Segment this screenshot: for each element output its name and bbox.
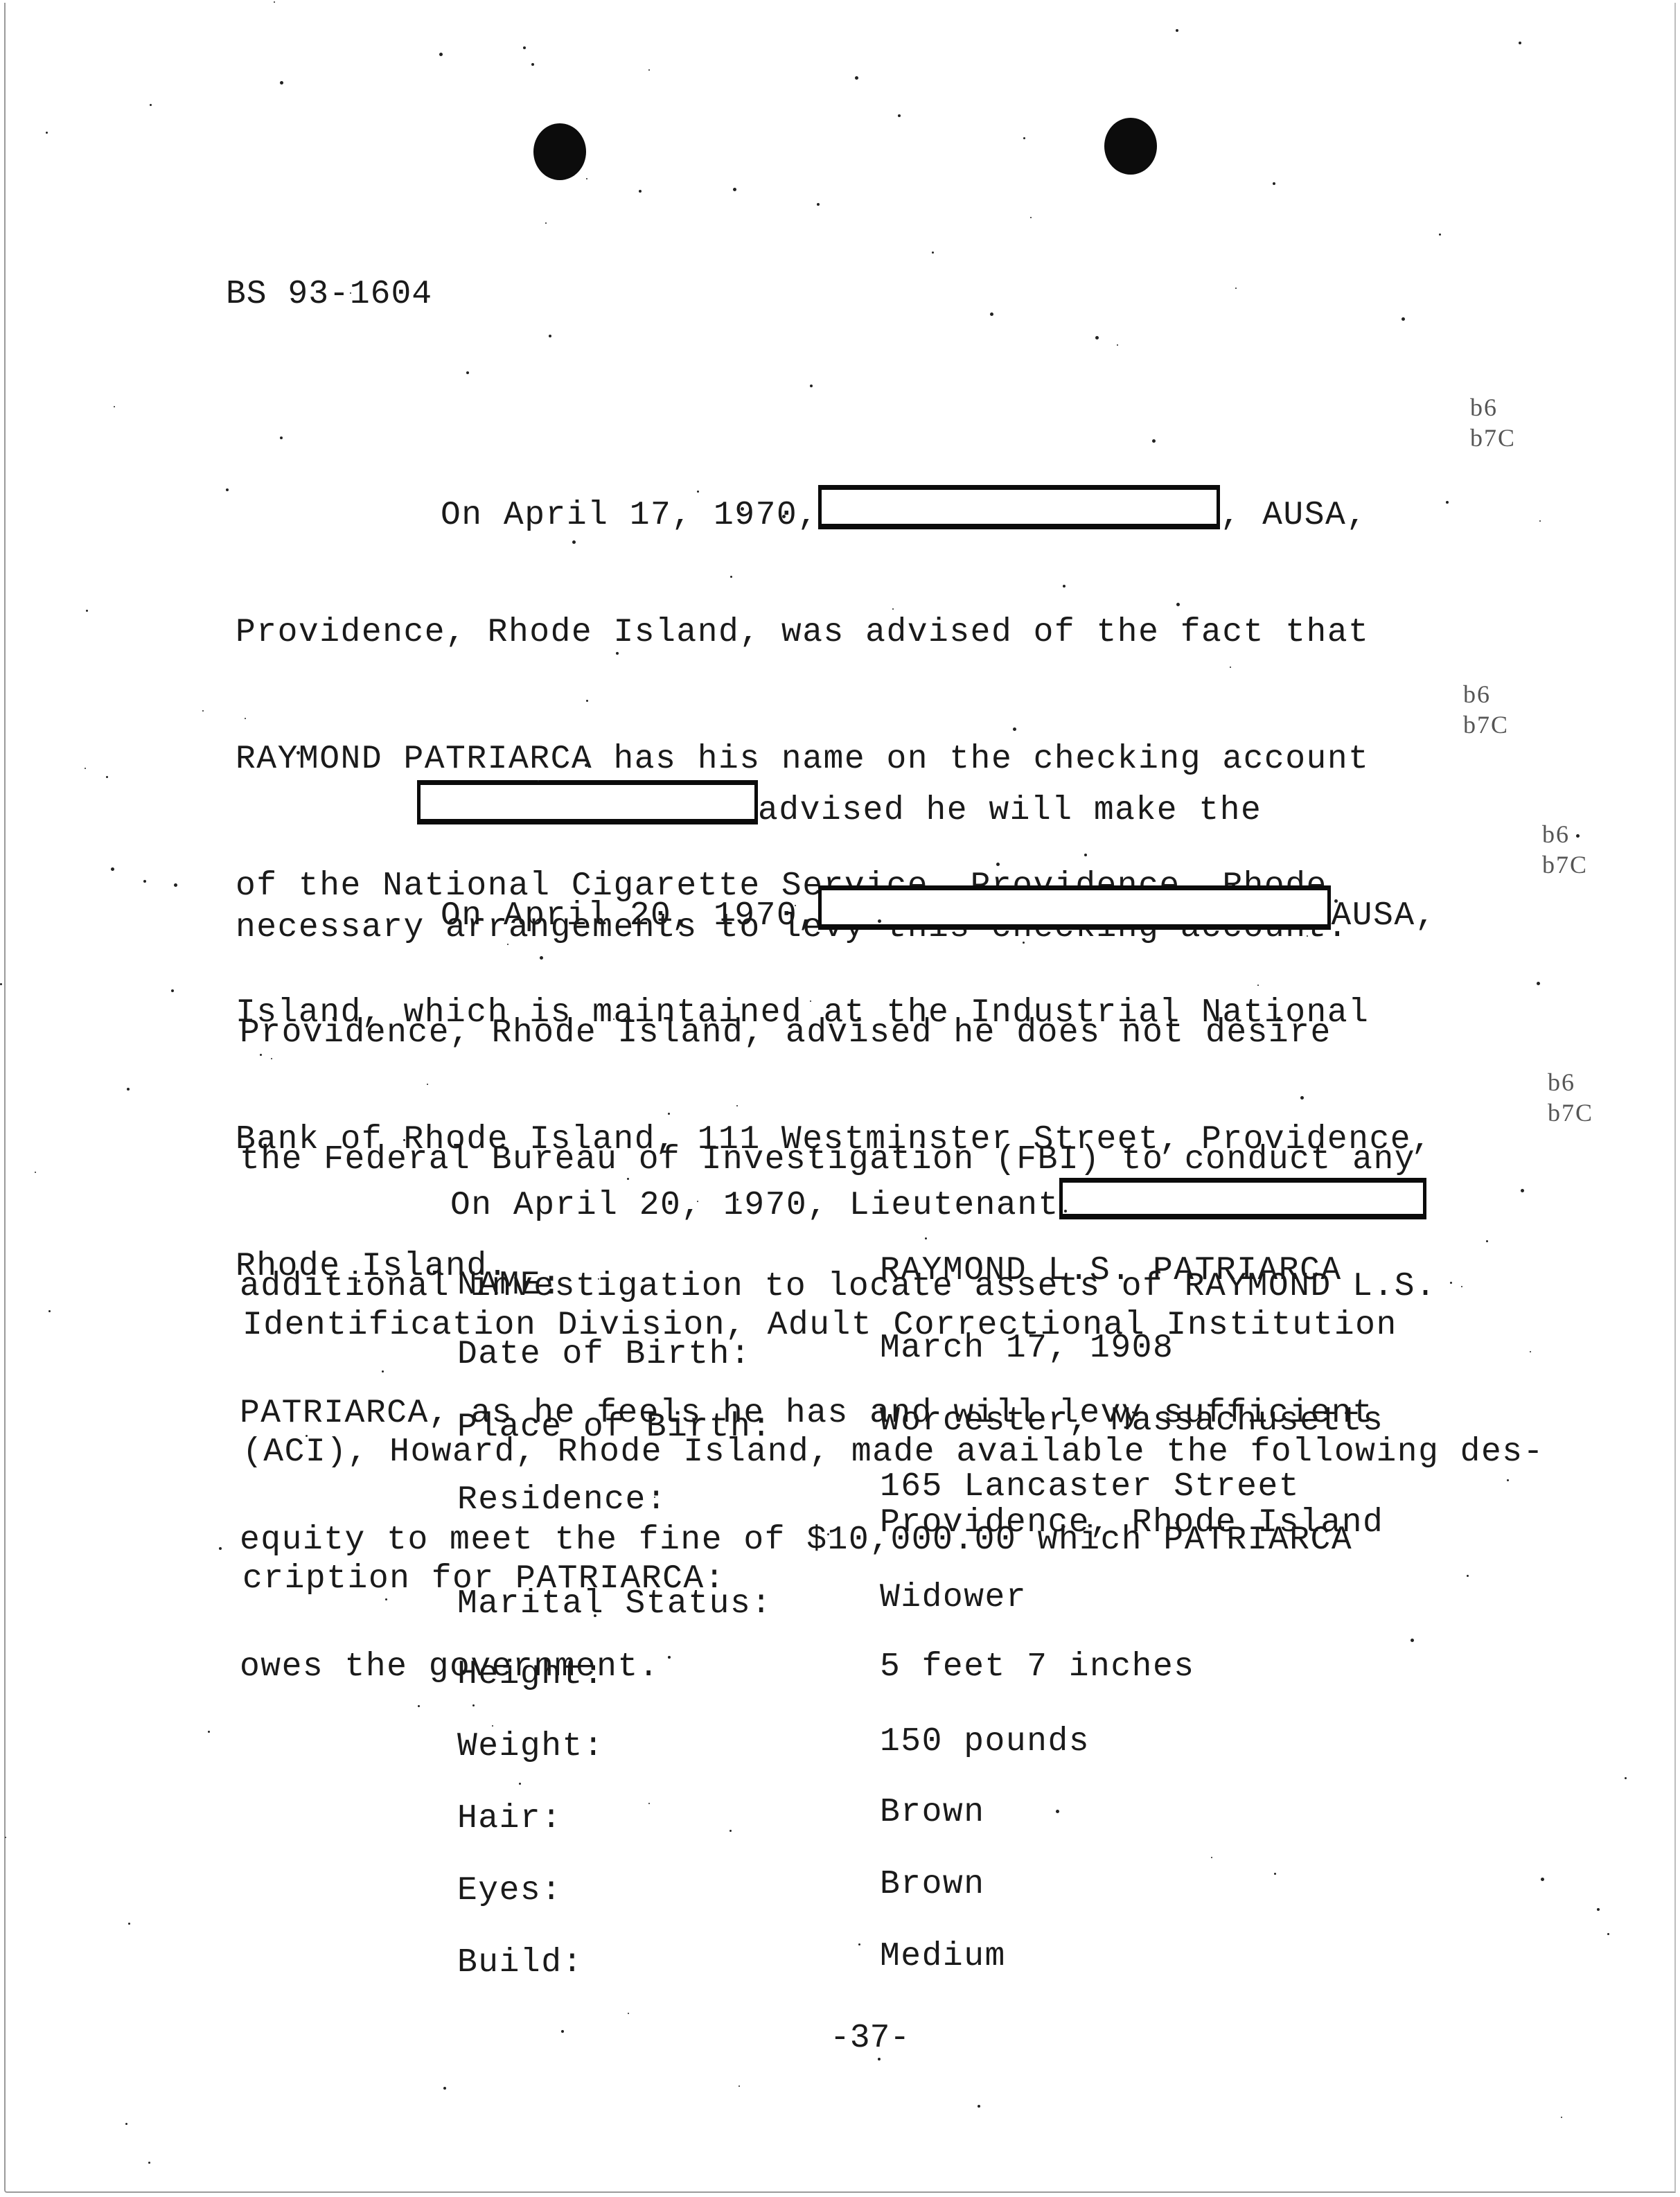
speck <box>403 1139 405 1141</box>
speck <box>439 53 443 56</box>
speck <box>1030 217 1032 218</box>
speck <box>598 1278 599 1280</box>
speck <box>280 81 283 85</box>
speck <box>538 780 539 782</box>
speck <box>260 1054 262 1056</box>
line-text: On April 17, 1970, <box>441 497 818 534</box>
speck <box>739 2085 740 2087</box>
speck <box>858 1943 860 1945</box>
speck <box>1446 501 1449 504</box>
field-value: March 17, 1908 <box>880 1330 1174 1366</box>
speck <box>613 1018 614 1020</box>
speck <box>1176 29 1178 32</box>
field-value: RAYMOND L.S. PATRIARCA <box>880 1253 1342 1289</box>
speck <box>594 1614 596 1617</box>
speck <box>280 436 283 439</box>
field-label: Marital Status: <box>457 1585 772 1623</box>
field-value: Brown <box>880 1867 985 1903</box>
speck <box>1176 603 1180 606</box>
speck <box>143 880 146 883</box>
speck <box>810 385 813 387</box>
speck <box>85 768 86 769</box>
speck <box>668 1113 670 1115</box>
speck <box>150 104 152 106</box>
speck <box>114 406 115 407</box>
exemption-b7c: b7C <box>1548 1097 1593 1128</box>
speck <box>1307 935 1308 937</box>
speck <box>1175 1522 1176 1524</box>
speck <box>1084 854 1087 856</box>
speck <box>1607 1933 1609 1935</box>
speck <box>648 1803 650 1804</box>
speck <box>531 63 534 66</box>
exemption-b7c: b7C <box>1470 423 1516 453</box>
field-value: Medium <box>880 1939 1006 1975</box>
speck <box>174 883 177 887</box>
exemption-code: b6 b7C <box>1542 819 1588 880</box>
speck <box>545 222 547 224</box>
speck <box>125 2123 127 2125</box>
speck <box>128 1923 130 1925</box>
speck <box>1063 585 1066 588</box>
line-text: , AUSA, <box>1220 497 1367 534</box>
speck <box>1013 727 1016 731</box>
speck <box>127 1088 130 1091</box>
speck <box>1494 1445 1496 1446</box>
speck <box>1486 1240 1488 1242</box>
speck <box>1300 1096 1304 1100</box>
speck <box>35 1172 36 1173</box>
speck <box>46 132 48 134</box>
speck <box>523 46 526 49</box>
speck <box>932 252 934 254</box>
speck <box>5 1837 6 1838</box>
document-page: BS 93-1604 On April 17, 1970,, AUSA, Pro… <box>0 0 1680 2197</box>
speck <box>733 188 736 191</box>
speck <box>1461 1286 1462 1287</box>
paragraph-line: Providence, Rhode Island, advised he doe… <box>240 1012 1436 1055</box>
residence-line-2: Providence, Rhode Island <box>880 1505 1383 1541</box>
speck <box>208 1731 210 1733</box>
speck <box>472 1704 475 1706</box>
speck <box>1152 439 1156 443</box>
speck <box>1537 982 1540 985</box>
speck <box>855 76 858 80</box>
speck <box>507 944 509 945</box>
speck <box>1117 344 1118 346</box>
speck <box>898 114 901 117</box>
speck <box>1507 1479 1509 1481</box>
paragraph-line: On April 17, 1970,, AUSA, <box>236 485 1432 527</box>
speck <box>1257 985 1259 986</box>
speck <box>48 1310 51 1312</box>
exemption-b7c: b7C <box>1542 849 1588 880</box>
speck <box>586 178 587 179</box>
field-label: Date of Birth: <box>457 1336 751 1373</box>
speck <box>628 2013 629 2014</box>
field-value: Widower <box>880 1580 1027 1616</box>
speck <box>1023 942 1025 944</box>
speck <box>106 776 108 778</box>
speck <box>978 2105 980 2108</box>
speck <box>1519 42 1521 44</box>
speck <box>357 1280 360 1282</box>
speck <box>350 292 351 294</box>
speck <box>226 488 229 491</box>
speck <box>0 983 2 985</box>
speck <box>492 1725 493 1727</box>
speck <box>519 1783 521 1785</box>
field-label: Residence: <box>457 1481 667 1519</box>
punch-hole-left <box>533 123 586 180</box>
field-label: NAME: <box>457 1267 563 1304</box>
speck <box>1521 1189 1524 1192</box>
speck <box>782 515 786 518</box>
speck <box>876 1150 879 1153</box>
speck <box>306 1435 308 1437</box>
speck <box>1541 1878 1544 1881</box>
field-label: Eyes: <box>457 1872 563 1909</box>
speck <box>736 1199 739 1201</box>
speck <box>990 312 993 316</box>
speck <box>810 1000 811 1002</box>
exemption-b6: b6 <box>1548 1067 1593 1097</box>
speck <box>382 1370 384 1373</box>
speck <box>648 69 650 71</box>
speck <box>111 867 114 871</box>
line-text: On April 20, 1970, <box>441 897 818 935</box>
speck <box>540 956 543 960</box>
speck <box>202 710 204 712</box>
speck <box>271 1058 272 1059</box>
speck <box>730 576 732 578</box>
field-value: 5 feet 7 inches <box>880 1649 1195 1685</box>
speck <box>1539 520 1541 522</box>
speck <box>418 1705 420 1707</box>
speck <box>741 507 744 511</box>
paragraph-line: On April 20, 1970, Lieutenant <box>242 1178 1544 1220</box>
speck <box>730 1830 732 1832</box>
speck <box>1132 1411 1134 1413</box>
speck <box>171 989 174 992</box>
field-label: Weight: <box>457 1728 604 1765</box>
speck <box>549 335 551 337</box>
speck <box>1576 834 1580 838</box>
page-number: -37- <box>830 2020 910 2057</box>
speck <box>1023 137 1025 139</box>
speck <box>697 491 699 493</box>
exemption-code: b6 b7C <box>1548 1067 1593 1128</box>
speck <box>1095 336 1099 339</box>
speck <box>668 1656 671 1659</box>
speck <box>385 1598 387 1600</box>
speck <box>572 540 576 544</box>
speck <box>219 1547 222 1550</box>
speck <box>1064 1210 1067 1212</box>
speck <box>1439 233 1441 236</box>
speck <box>274 1 275 3</box>
field-label: Height: <box>457 1656 604 1693</box>
speck <box>697 1201 698 1202</box>
speck <box>795 905 796 906</box>
exemption-b6: b6 <box>1463 679 1509 709</box>
field-label: Place of Birth: <box>457 1409 772 1446</box>
speck <box>639 190 642 193</box>
speck <box>1273 182 1275 185</box>
speck <box>1625 1777 1627 1779</box>
field-label: Hair: <box>457 1800 563 1837</box>
speck <box>586 700 588 702</box>
speck <box>443 2087 446 2090</box>
exemption-b7c: b7C <box>1463 709 1509 740</box>
paragraph-line: Providence, Rhode Island, was advised of… <box>236 612 1432 654</box>
speck <box>1450 1282 1452 1284</box>
speck <box>148 2162 150 2164</box>
speck <box>297 751 300 755</box>
redaction-box <box>1059 1178 1426 1219</box>
speck <box>654 1497 655 1498</box>
speck <box>1411 1639 1414 1642</box>
residence-line-1: 165 Lancaster Street <box>880 1469 1383 1505</box>
speck <box>627 1178 629 1180</box>
exemption-b6: b6 <box>1470 392 1516 423</box>
line-text: AUSA, <box>1331 897 1436 935</box>
file-number: BS 93-1604 <box>226 276 432 313</box>
speck <box>878 2058 881 2061</box>
paragraph-line: On April 20, 1970,AUSA, <box>240 885 1436 928</box>
redaction-box <box>818 885 1331 930</box>
speck <box>1230 667 1231 668</box>
exemption-code: b6 b7C <box>1463 679 1509 740</box>
speck <box>1211 1857 1212 1858</box>
speck <box>427 1084 428 1085</box>
speck <box>827 1533 829 1535</box>
speck <box>86 610 88 612</box>
field-value: Worcester, Massachusetts <box>880 1403 1383 1439</box>
speck <box>758 1208 761 1210</box>
speck <box>561 2030 564 2033</box>
field-label: Build: <box>457 1944 583 1982</box>
speck <box>1597 1908 1600 1911</box>
field-value: Brown <box>880 1794 985 1830</box>
speck <box>1056 1810 1059 1813</box>
speck <box>466 371 469 374</box>
speck <box>585 764 588 767</box>
exemption-code: b6 b7C <box>1470 392 1516 453</box>
field-value: 150 pounds <box>880 1724 1090 1760</box>
speck <box>1530 1351 1531 1352</box>
field-value: 165 Lancaster Street Providence, Rhode I… <box>880 1469 1383 1541</box>
speck <box>1235 288 1237 289</box>
speck <box>616 652 619 655</box>
speck <box>736 1105 738 1106</box>
speck <box>1402 317 1405 321</box>
speck <box>892 608 894 610</box>
redaction-box <box>818 485 1220 529</box>
speck <box>1467 1575 1469 1577</box>
speck <box>925 1237 927 1239</box>
speck <box>878 919 881 923</box>
speck <box>1561 2117 1562 2118</box>
punch-hole-right <box>1104 118 1157 175</box>
line-text: On April 20, 1970, Lieutenant <box>450 1187 1059 1224</box>
speck <box>245 718 246 719</box>
speck <box>1274 1873 1276 1875</box>
speck <box>817 203 820 206</box>
exemption-b6: b6 <box>1542 819 1588 849</box>
speck <box>1334 899 1338 903</box>
speck <box>996 863 1000 866</box>
